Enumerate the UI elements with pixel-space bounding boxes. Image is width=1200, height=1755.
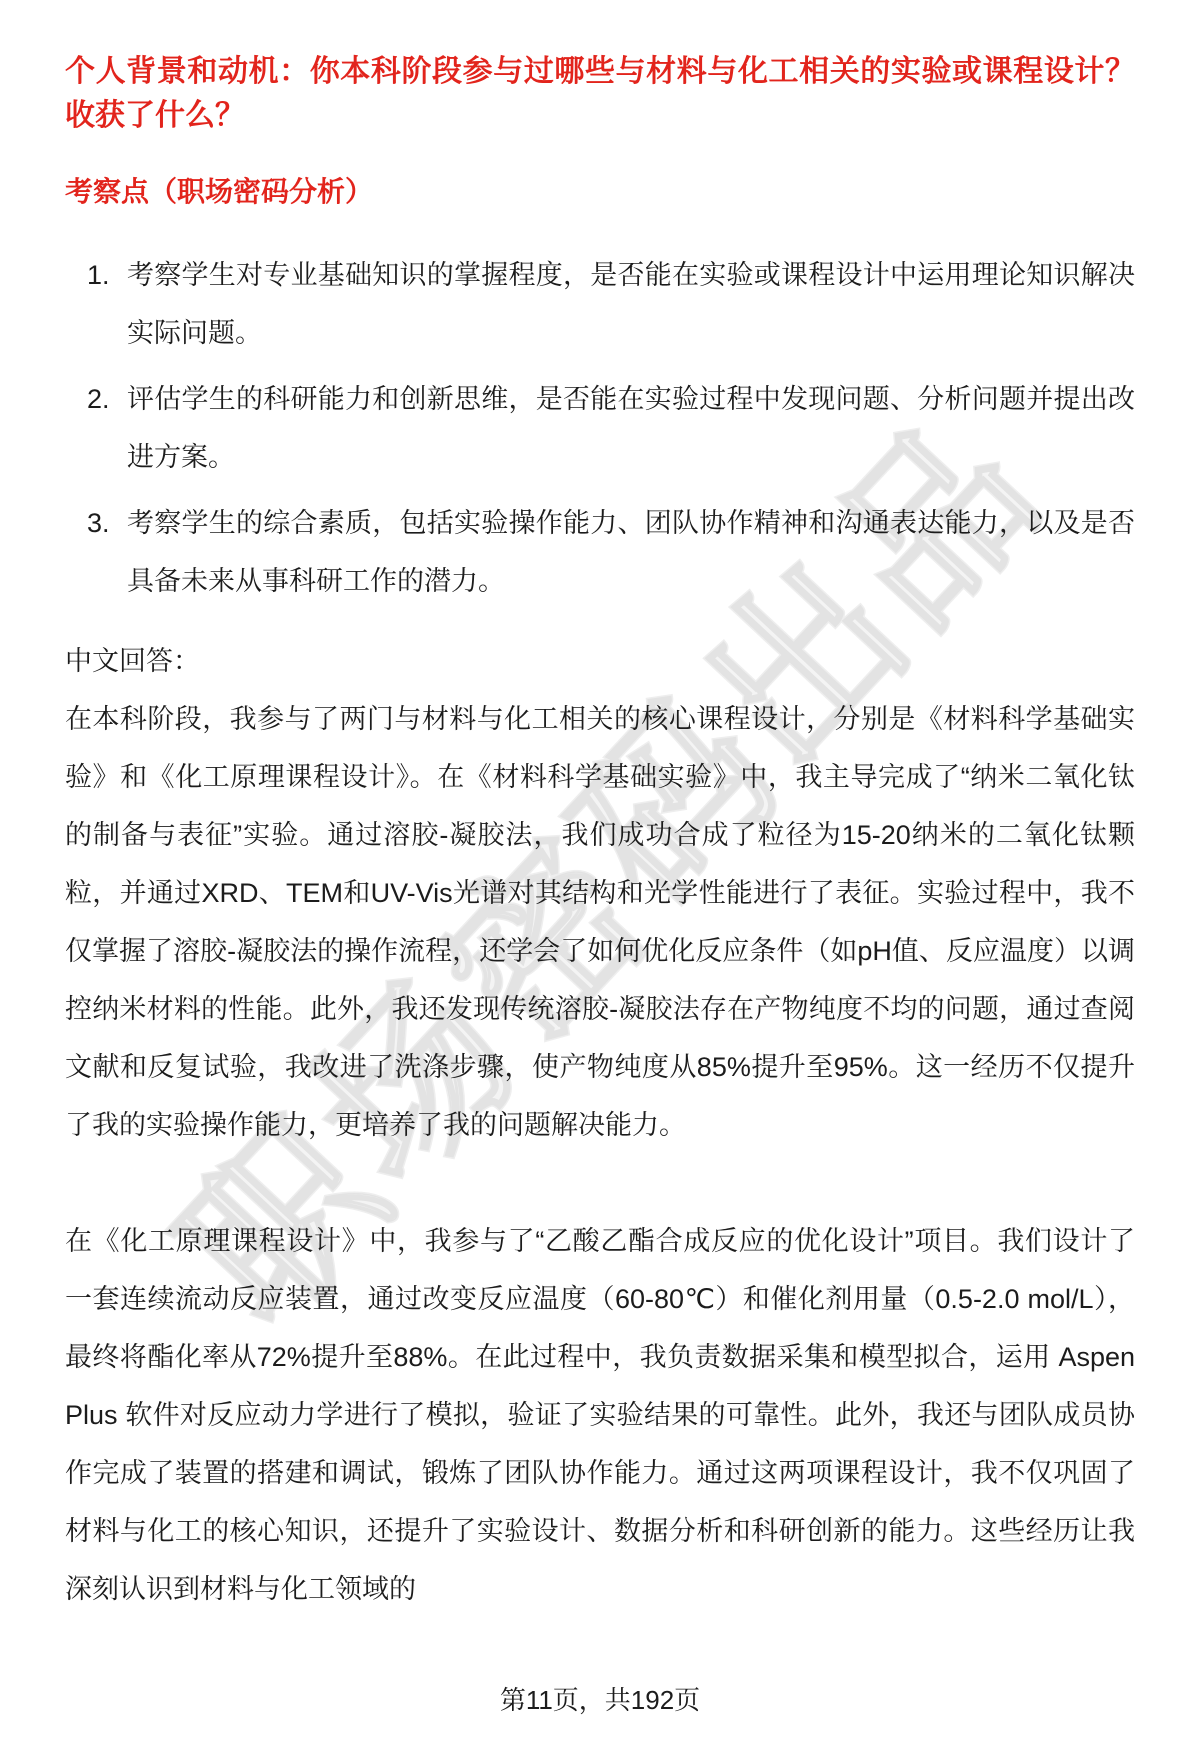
document-page: 职场密码出品 个人背景和动机：你本科阶段参与过哪些与材料与化工相关的实验或课程设… [0, 0, 1200, 1755]
list-item-number: 1. [65, 246, 127, 362]
answer-language-label: 中文回答： [65, 632, 1135, 690]
list-item-number: 3. [65, 494, 127, 610]
exam-points-list: 1. 考察学生对专业基础知识的掌握程度，是否能在实验或课程设计中运用理论知识解决… [65, 246, 1135, 610]
page-content: 个人背景和动机：你本科阶段参与过哪些与材料与化工相关的实验或课程设计？收获了什么… [65, 0, 1135, 1618]
page-number-footer: 第11页，共192页 [0, 1684, 1200, 1716]
list-item-text: 考察学生的综合素质，包括实验操作能力、团队协作精神和沟通表达能力，以及是否具备未… [127, 494, 1135, 610]
question-heading: 个人背景和动机：你本科阶段参与过哪些与材料与化工相关的实验或课程设计？收获了什么… [65, 50, 1135, 138]
answer-paragraph-1: 在本科阶段，我参与了两门与材料与化工相关的核心课程设计，分别是《材料科学基础实验… [65, 690, 1135, 1154]
list-item: 2. 评估学生的科研能力和创新思维，是否能在实验过程中发现问题、分析问题并提出改… [65, 370, 1135, 486]
list-item-text: 评估学生的科研能力和创新思维，是否能在实验过程中发现问题、分析问题并提出改进方案… [127, 370, 1135, 486]
list-item-number: 2. [65, 370, 127, 486]
list-item: 3. 考察学生的综合素质，包括实验操作能力、团队协作精神和沟通表达能力，以及是否… [65, 494, 1135, 610]
answer-paragraph-2: 在《化工原理课程设计》中，我参与了“乙酸乙酯合成反应的优化设计”项目。我们设计了… [65, 1212, 1135, 1618]
list-item: 1. 考察学生对专业基础知识的掌握程度，是否能在实验或课程设计中运用理论知识解决… [65, 246, 1135, 362]
list-item-text: 考察学生对专业基础知识的掌握程度，是否能在实验或课程设计中运用理论知识解决实际问… [127, 246, 1135, 362]
section-subheading: 考察点（职场密码分析） [65, 174, 1135, 210]
